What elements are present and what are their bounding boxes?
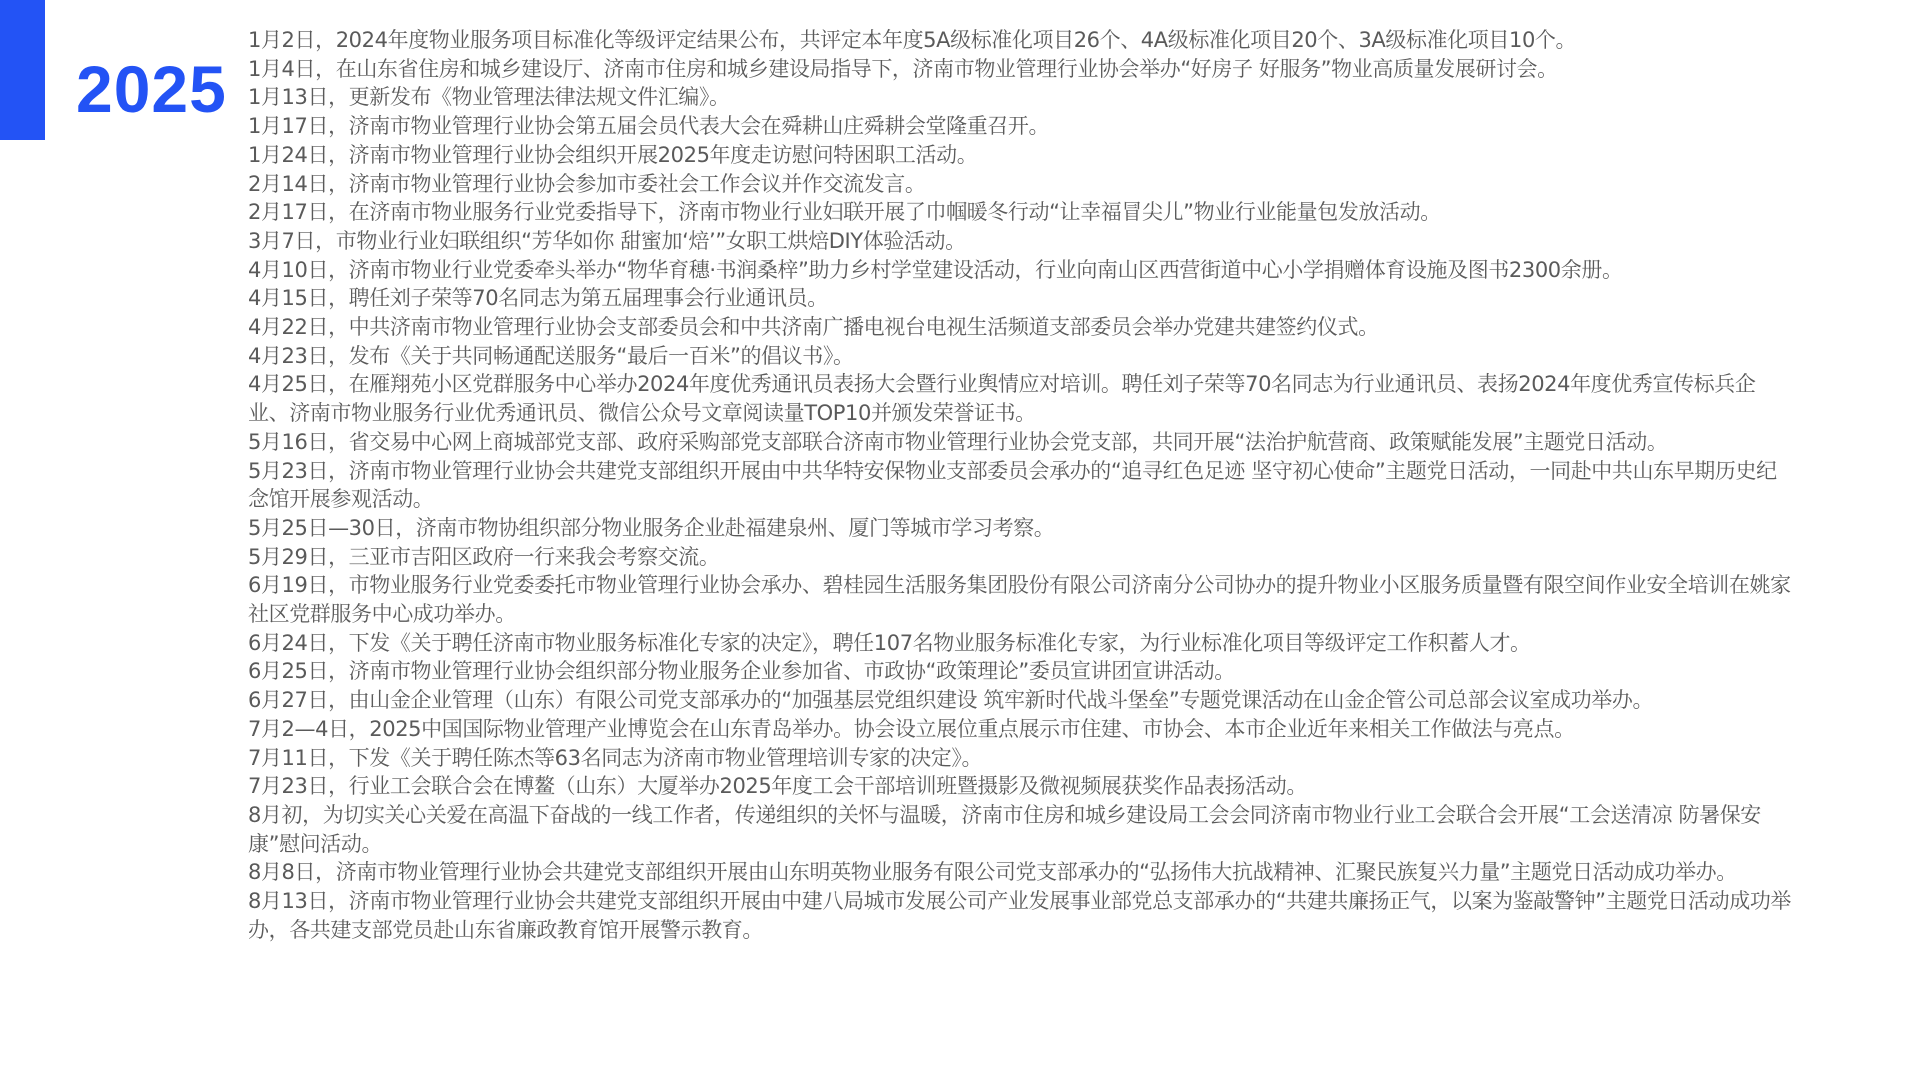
- event-item: 1月24日，济南市物业管理行业协会组织开展2025年度走访慰问特困职工活动。: [248, 141, 1793, 170]
- event-item: 2月14日，济南市物业管理行业协会参加市委社会工作会议并作交流发言。: [248, 170, 1793, 199]
- event-item: 5月29日，三亚市吉阳区政府一行来我会考察交流。: [248, 543, 1793, 572]
- event-item: 5月25日—30日，济南市物协组织部分物业服务企业赴福建泉州、厦门等城市学习考察…: [248, 514, 1793, 543]
- event-item: 4月15日，聘任刘子荣等70名同志为第五届理事会行业通讯员。: [248, 284, 1793, 313]
- event-item: 2月17日，在济南市物业服务行业党委指导下，济南市物业行业妇联开展了巾帼暖冬行动…: [248, 198, 1793, 227]
- event-item: 5月16日，省交易中心网上商城部党支部、政府采购部党支部联合济南市物业管理行业协…: [248, 428, 1793, 457]
- event-item: 1月4日，在山东省住房和城乡建设厅、济南市住房和城乡建设局指导下，济南市物业管理…: [248, 55, 1793, 84]
- year-heading: 2025: [76, 56, 227, 122]
- event-item: 5月23日，济南市物业管理行业协会共建党支部组织开展由中共华特安保物业支部委员会…: [248, 457, 1793, 514]
- event-item: 1月17日，济南市物业管理行业协会第五届会员代表大会在舜耕山庄舜耕会堂隆重召开。: [248, 112, 1793, 141]
- event-item: 4月23日，发布《关于共同畅通配送服务“最后一百米”的倡议书》。: [248, 342, 1793, 371]
- event-item: 6月19日，市物业服务行业党委委托市物业管理行业协会承办、碧桂园生活服务集团股份…: [248, 571, 1793, 628]
- event-list: 1月2日，2024年度物业服务项目标准化等级评定结果公布，共评定本年度5A级标准…: [248, 26, 1793, 945]
- event-item: 8月初，为切实关心关爱在高温下奋战的一线工作者，传递组织的关怀与温暖，济南市住房…: [248, 801, 1793, 858]
- event-item: 8月13日，济南市物业管理行业协会共建党支部组织开展由中建八局城市发展公司产业发…: [248, 887, 1793, 944]
- accent-bar: [0, 0, 45, 140]
- event-item: 6月24日，下发《关于聘任济南市物业服务标准化专家的决定》，聘任107名物业服务…: [248, 629, 1793, 658]
- event-item: 7月11日，下发《关于聘任陈杰等63名同志为济南市物业管理培训专家的决定》。: [248, 744, 1793, 773]
- event-item: 4月22日，中共济南市物业管理行业协会支部委员会和中共济南广播电视台电视生活频道…: [248, 313, 1793, 342]
- event-item: 1月2日，2024年度物业服务项目标准化等级评定结果公布，共评定本年度5A级标准…: [248, 26, 1793, 55]
- event-item: 4月25日，在雁翔苑小区党群服务中心举办2024年度优秀通讯员表扬大会暨行业舆情…: [248, 370, 1793, 427]
- event-item: 7月2—4日，2025中国国际物业管理产业博览会在山东青岛举办。协会设立展位重点…: [248, 715, 1793, 744]
- event-item: 1月13日，更新发布《物业管理法律法规文件汇编》。: [248, 83, 1793, 112]
- event-item: 3月7日，市物业行业妇联组织“芳华如你 甜蜜加‘焙’”女职工烘焙DIY体验活动。: [248, 227, 1793, 256]
- event-item: 8月8日，济南市物业管理行业协会共建党支部组织开展由山东明英物业服务有限公司党支…: [248, 858, 1793, 887]
- event-item: 4月10日，济南市物业行业党委牵头举办“物华育穗·书润桑梓”助力乡村学堂建设活动…: [248, 256, 1793, 285]
- event-item: 6月27日，由山金企业管理（山东）有限公司党支部承办的“加强基层党组织建设 筑牢…: [248, 686, 1793, 715]
- event-item: 7月23日，行业工会联合会在博鳌（山东）大厦举办2025年度工会干部培训班暨摄影…: [248, 772, 1793, 801]
- event-item: 6月25日，济南市物业管理行业协会组织部分物业服务企业参加省、市政协“政策理论”…: [248, 657, 1793, 686]
